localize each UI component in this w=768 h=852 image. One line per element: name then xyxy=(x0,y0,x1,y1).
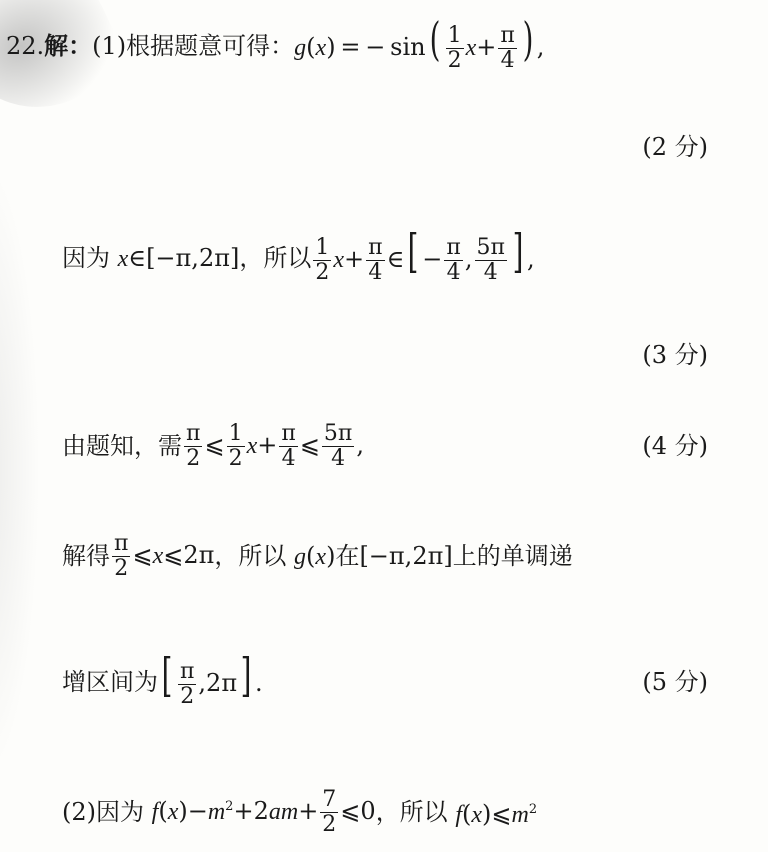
math-expression: 12x+π4∈[−π4,5π4], xyxy=(311,231,534,285)
solution-line-5: 增区间为 [π2,2π]. (5 分) xyxy=(62,654,708,710)
paper-shadow xyxy=(0,160,40,780)
math-expression: [π2,2π]. xyxy=(158,655,263,709)
math-expression: f(x)⩽m2 xyxy=(455,790,537,835)
math-expression: g(x) xyxy=(294,536,335,577)
math-expression: g(x) = − sin(12x+π4), xyxy=(294,19,544,73)
score-5: (5 分) xyxy=(642,662,708,702)
solution-line-2: 因为 x∈[−π,2π] ，所以 12x+π4∈[−π4,5π4], xyxy=(62,230,708,286)
part-label: (1) xyxy=(92,26,126,66)
score-3: (3 分) xyxy=(642,332,708,372)
problem-number: 22. xyxy=(6,26,44,66)
score-4: (4 分) xyxy=(642,426,708,466)
math-expression: π2⩽12x+π4⩽5π4, xyxy=(182,422,364,471)
solve-label: 解 xyxy=(44,26,68,66)
solution-line-4: 解得 π2⩽x⩽2π ，所以 g(x) 在 [−π,2π] 上的单调递 xyxy=(62,528,708,584)
math-expression: x∈[−π,2π] xyxy=(118,238,240,279)
solution-line-6: (2) 因为 f(x)−m2+2am+72⩽0 ，所以 f(x)⩽m2 xyxy=(62,784,708,840)
math-expression: π2⩽x⩽2π xyxy=(110,532,214,581)
score-2: (2 分) xyxy=(642,124,708,164)
line-text: 根据题意可得 xyxy=(126,26,270,66)
solution-line-3: 由题知，需 π2⩽12x+π4⩽5π4, (4 分) xyxy=(62,418,708,474)
solution-line-1: 22. 解 ： (1) 根据题意可得 ： g(x) = − sin(12x+π4… xyxy=(6,18,708,74)
math-expression: f(x)−m2+2am+72⩽0 xyxy=(152,787,376,837)
part-label: (2) xyxy=(62,792,96,832)
math-expression: [−π,2π] xyxy=(359,536,452,576)
